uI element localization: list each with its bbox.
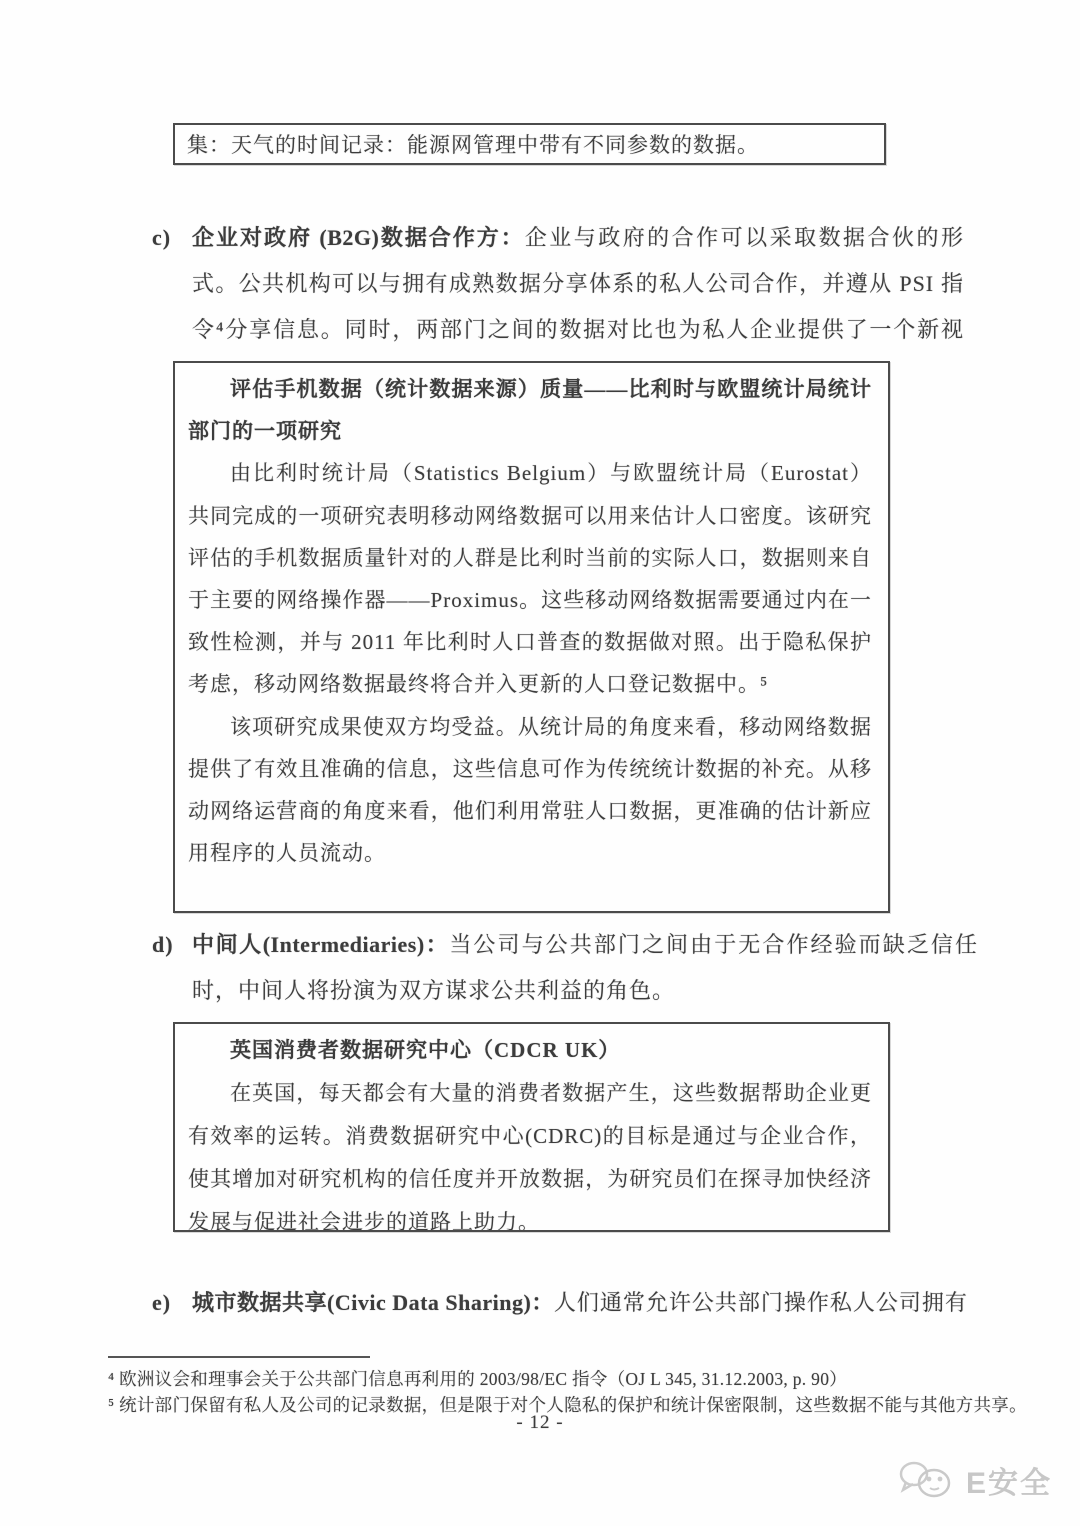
top-callout-box: 集：天气的时间记录：能源网管理中带有不同参数的数据。 — [173, 123, 886, 165]
top-callout-text: 集：天气的时间记录：能源网管理中带有不同参数的数据。 — [187, 133, 759, 157]
case-cdrc-title: 英国消费者数据研究中心（CDCR UK） — [188, 1029, 872, 1072]
list-text-e: 城市数据共享(Civic Data Sharing)：人们通常允许公共部门操作私… — [192, 1280, 978, 1326]
list-item-d: d) 中间人(Intermediaries)：当公司与公共部门之间由于无合作经验… — [192, 922, 978, 1014]
list-lead-c: 企业对政府 (B2G)数据合作方： — [192, 225, 525, 250]
case-belgium-paragraph-1: 由比利时统计局（Statistics Belgium）与欧盟统计局（Eurost… — [188, 452, 872, 705]
e-security-logo-icon — [896, 1458, 958, 1502]
list-body-e: 人们通常允许公共部门操作私人公司拥有 — [554, 1290, 968, 1315]
document-page: 集：天气的时间记录：能源网管理中带有不同参数的数据。 c) 企业对政府 (B2G… — [0, 0, 1080, 1526]
watermark: E安全 — [896, 1458, 1052, 1502]
page-number: - 12 - — [0, 1412, 1080, 1434]
case-belgium-paragraph-2: 该项研究成果使双方均受益。从统计局的角度来看，移动网络数据提供了有效且准确的信息… — [188, 706, 872, 875]
list-item-e: e) 城市数据共享(Civic Data Sharing)：人们通常允许公共部门… — [192, 1280, 978, 1326]
list-marker-e: e) — [152, 1280, 171, 1326]
case-cdrc-paragraph-1: 在英国，每天都会有大量的消费者数据产生，这些数据帮助企业更有效率的运转。消费数据… — [188, 1072, 872, 1232]
footnote-4: ⁴ 欧洲议会和理事会关于公共部门信息再利用的 2003/98/EC 指令（OJ … — [108, 1366, 988, 1392]
footnote-separator — [108, 1356, 370, 1358]
footnotes: ⁴ 欧洲议会和理事会关于公共部门信息再利用的 2003/98/EC 指令（OJ … — [108, 1366, 988, 1418]
list-marker-c: c) — [152, 215, 171, 261]
list-lead-d: 中间人(Intermediaries)： — [192, 932, 449, 957]
list-marker-d: d) — [152, 922, 174, 968]
case-study-box-belgium: 评估手机数据（统计数据来源）质量——比利时与欧盟统计局统计部门的一项研究 由比利… — [173, 361, 890, 913]
case-study-box-cdrc: 英国消费者数据研究中心（CDCR UK） 在英国，每天都会有大量的消费者数据产生… — [173, 1022, 890, 1232]
watermark-label: E安全 — [966, 1458, 1052, 1502]
list-text-d: 中间人(Intermediaries)：当公司与公共部门之间由于无合作经验而缺乏… — [192, 922, 978, 1014]
list-lead-e: 城市数据共享(Civic Data Sharing)： — [192, 1290, 554, 1315]
case-belgium-title: 评估手机数据（统计数据来源）质量——比利时与欧盟统计局统计部门的一项研究 — [188, 368, 872, 452]
